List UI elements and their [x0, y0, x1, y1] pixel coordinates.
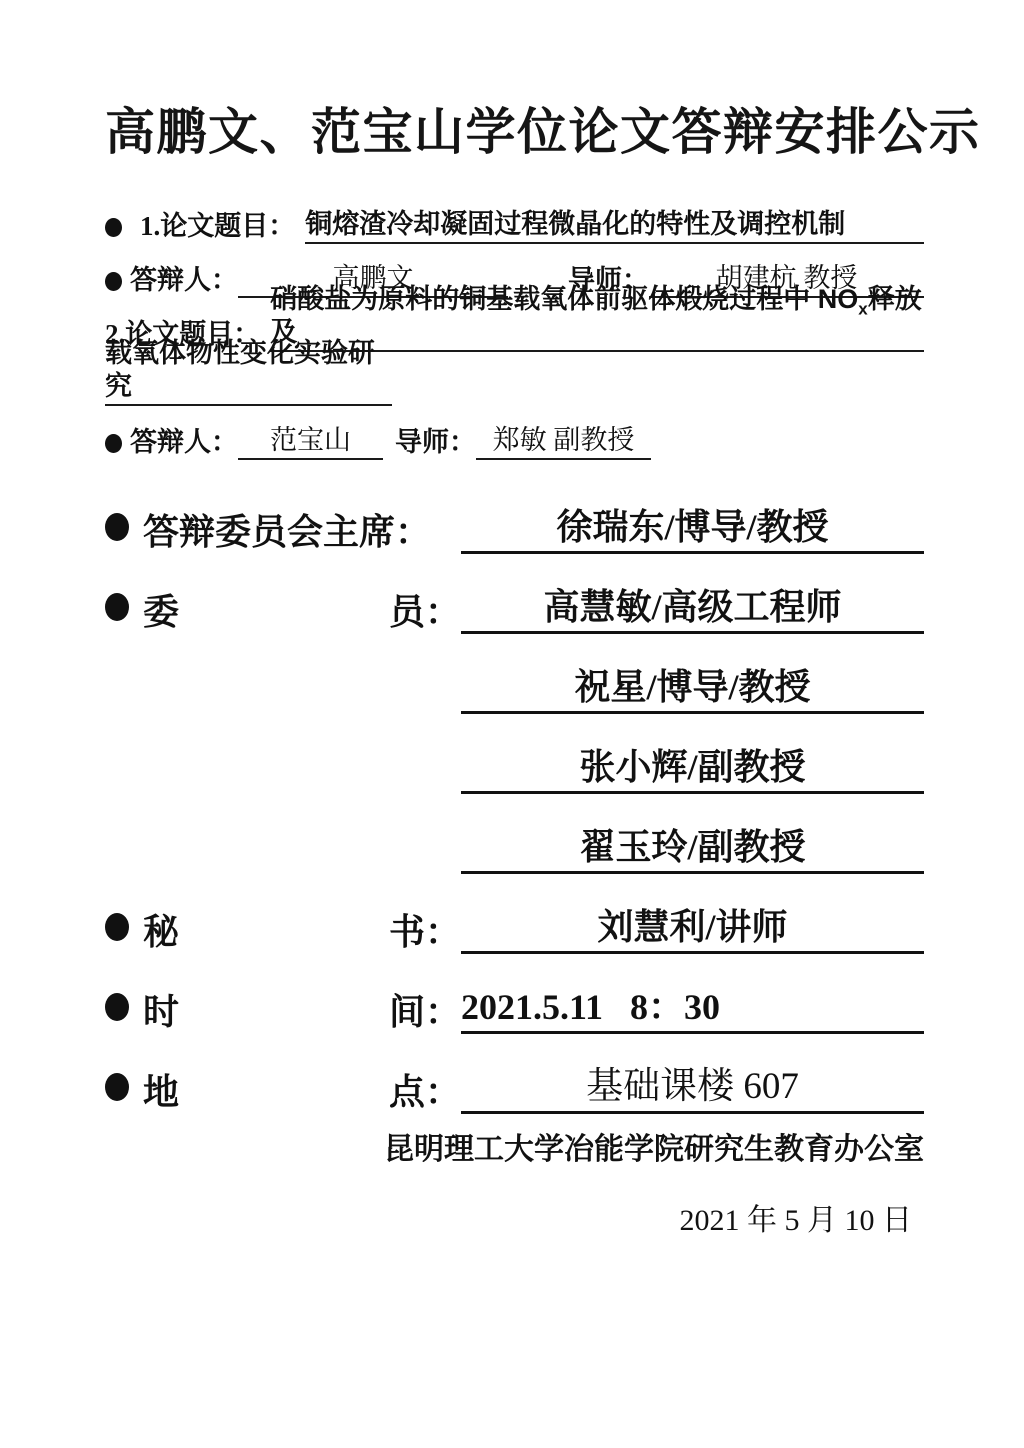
committee-chair-label: 答辩委员会主席： — [143, 511, 461, 554]
bullet-icon — [105, 218, 122, 237]
committee-member-label: 委 员： — [143, 591, 461, 634]
issue-date: 2021 年 5 月 10 日 — [105, 1195, 912, 1239]
thesis2-supervisor-label: 导师： — [395, 426, 476, 460]
committee-secretary-value: 刘慧利/讲师 — [461, 906, 924, 954]
committee-member-row: 翟玉玲/副教授 — [105, 794, 924, 874]
defense-time-row: 时 间： 2021.5.11 8：30 — [105, 954, 924, 1034]
bullet-icon — [105, 593, 129, 621]
thesis1-topic-value: 铜熔渣冷却凝固过程微晶化的特性及调控机制 — [305, 208, 924, 244]
thesis2-defender-label: 答辩人： — [130, 426, 238, 460]
committee-member-label-right: 员： — [389, 591, 461, 634]
bullet-icon — [105, 993, 129, 1021]
thesis1-defender-label: 答辩人： — [130, 264, 238, 298]
committee-chair-value: 徐瑞东/博导/教授 — [461, 506, 924, 554]
thesis2-people-row: 答辩人： 范宝山 导师： 郑敏 副教授 — [105, 406, 924, 460]
committee-chair-label-text: 答辩委员会主席： — [143, 511, 431, 554]
committee-secretary-label-right: 书： — [389, 911, 461, 954]
defense-time-label-left: 时 — [143, 991, 179, 1034]
committee-secretary-label-left: 秘 — [143, 911, 179, 954]
defense-place-label: 地 点： — [143, 1071, 461, 1114]
announcement-page: 高鹏文、范宝山学位论文答辩安排公示 1.论文题目： 铜熔渣冷却凝固过程微晶化的特… — [0, 0, 1024, 1448]
defense-place-label-left: 地 — [143, 1071, 179, 1114]
committee-member-value: 高慧敏/高级工程师 — [461, 586, 924, 634]
committee-secretary-label: 秘 书： — [143, 911, 461, 954]
committee-chair-row: 答辩委员会主席： 徐瑞东/博导/教授 — [105, 474, 924, 554]
footer-section: 昆明理工大学冶能学院研究生教育办公室 2021 年 5 月 10 日 — [105, 1130, 924, 1239]
defense-time-value: 2021.5.11 8：30 — [461, 986, 924, 1034]
page-title: 高鹏文、范宝山学位论文答辩安排公示 — [105, 92, 924, 164]
thesis2-topic-row-continued: 载氧体物性变化实验研究 — [105, 352, 924, 406]
defense-place-label-right: 点： — [389, 1071, 461, 1114]
bullet-icon — [105, 1073, 129, 1101]
thesis2-defender-value: 范宝山 — [238, 424, 383, 460]
committee-member-label-left: 委 — [143, 591, 179, 634]
committee-member-value: 祝星/博导/教授 — [461, 666, 924, 714]
committee-member-value: 张小辉/副教授 — [461, 746, 924, 794]
issuing-office: 昆明理工大学冶能学院研究生教育办公室 — [105, 1130, 924, 1169]
bullet-icon — [105, 513, 129, 541]
thesis2-topic-subscript: x — [858, 299, 867, 318]
thesis2-topic-value-line2: 载氧体物性变化实验研究 — [105, 337, 392, 407]
committee-secretary-row: 秘 书： 刘慧利/讲师 — [105, 874, 924, 954]
thesis2-supervisor-value: 郑敏 副教授 — [476, 424, 651, 460]
bullet-icon — [105, 272, 122, 291]
defense-place-row: 地 点： 基础课楼 607 — [105, 1034, 924, 1114]
bullet-icon — [105, 913, 129, 941]
committee-member-row: 祝星/博导/教授 — [105, 634, 924, 714]
thesis1-topic-label: 1.论文题目： — [140, 210, 295, 244]
committee-member-value: 翟玉玲/副教授 — [461, 826, 924, 874]
thesis2-topic-part1: 硝酸盐为原料的铜基载氧体前驱体煅烧过程中 NO — [270, 284, 858, 314]
defense-time-label: 时 间： — [143, 991, 461, 1034]
defense-time-label-right: 间： — [389, 991, 461, 1034]
thesis1-topic-row: 1.论文题目： 铜熔渣冷却凝固过程微晶化的特性及调控机制 — [105, 190, 924, 244]
committee-member-row: 张小辉/副教授 — [105, 714, 924, 794]
committee-member-row: 委 员： 高慧敏/高级工程师 — [105, 554, 924, 634]
committee-section: 答辩委员会主席： 徐瑞东/博导/教授 委 员： 高慧敏/高级工程师 祝星/博导/… — [105, 474, 924, 1114]
bullet-icon — [105, 434, 122, 453]
defense-place-value: 基础课楼 607 — [461, 1065, 924, 1114]
